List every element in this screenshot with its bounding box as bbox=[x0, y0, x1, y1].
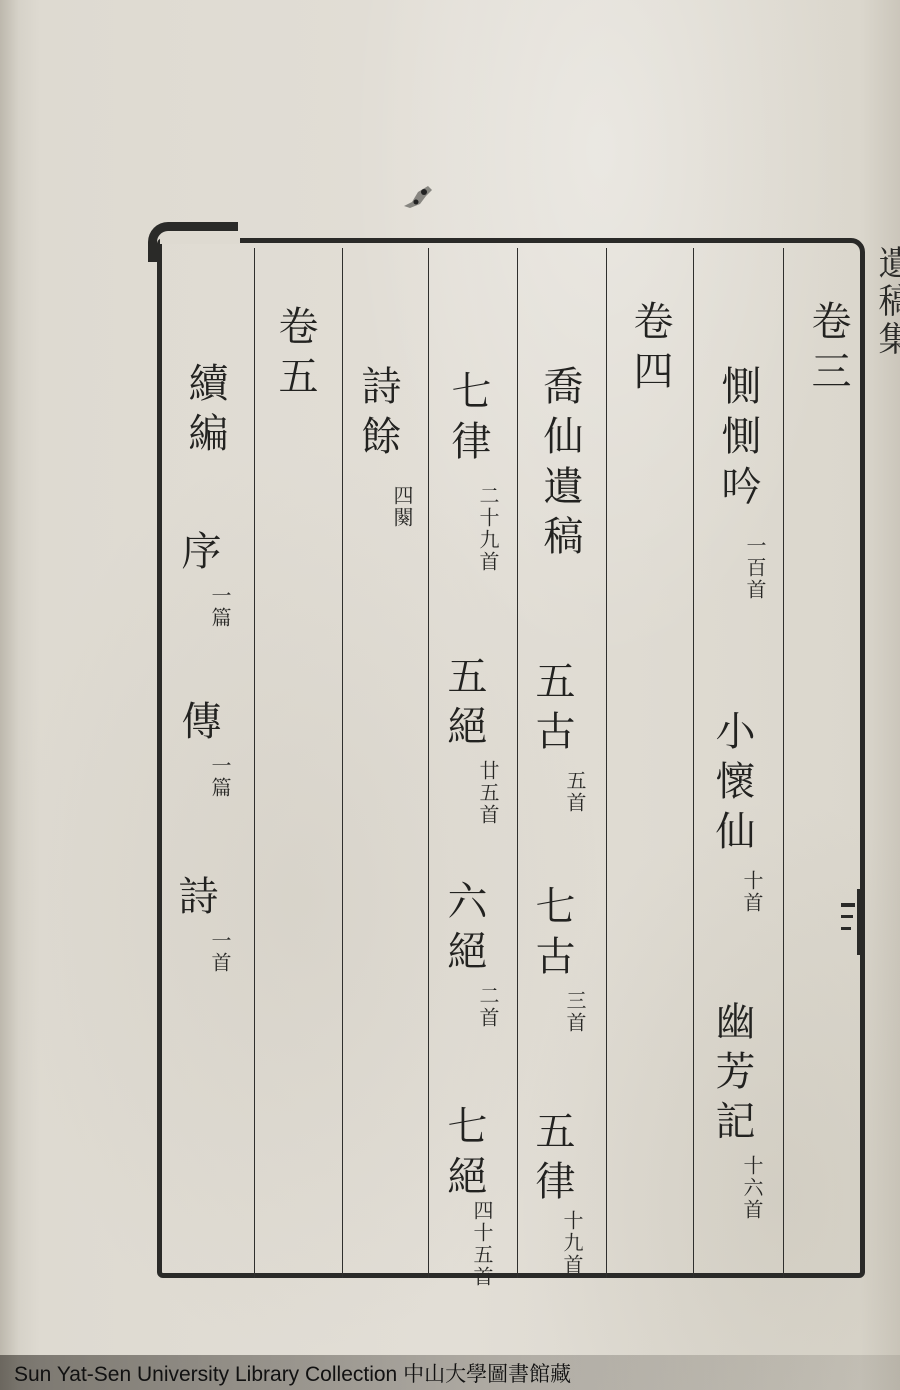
entry-title: 詩 bbox=[175, 875, 215, 925]
entry-title: 五律 bbox=[532, 1110, 572, 1210]
library-credit: Sun Yat-Sen University Library Collectio… bbox=[14, 1358, 571, 1388]
entry-note: 三首 bbox=[565, 990, 585, 1034]
spine-label: 遺稿集 bbox=[868, 245, 900, 359]
entry-note: 一篇 bbox=[210, 585, 230, 629]
ink-blot bbox=[398, 180, 438, 212]
entry-note: 一百首 bbox=[745, 535, 765, 601]
entry-note: 二十九首 bbox=[478, 485, 498, 573]
column-rule bbox=[342, 248, 343, 1278]
entry-title: 序 bbox=[178, 530, 218, 580]
entry-title: 詩餘 bbox=[358, 365, 398, 465]
entry-title: 續編 bbox=[185, 362, 225, 462]
entry-note: 十六首 bbox=[742, 1155, 762, 1221]
entry-title: 七律 bbox=[448, 370, 488, 470]
entry-note: 十首 bbox=[742, 870, 762, 914]
column-rule bbox=[428, 248, 429, 1278]
entry-title: 傳 bbox=[178, 700, 218, 750]
column-rule bbox=[693, 248, 694, 1278]
entry-title: 幽芳記 bbox=[712, 1000, 752, 1150]
page-left-edge bbox=[0, 0, 18, 1390]
entry-title: 七古 bbox=[532, 885, 572, 985]
column-rule bbox=[517, 248, 518, 1278]
column-rule bbox=[254, 248, 255, 1278]
volume-5-heading: 卷五 bbox=[275, 305, 315, 405]
entry-note: 五首 bbox=[565, 770, 585, 814]
volume-4-heading: 卷四 bbox=[630, 300, 670, 400]
entry-title: 七絕 bbox=[444, 1105, 484, 1205]
column-rule bbox=[606, 248, 607, 1278]
entry-title: 喬仙遺稿 bbox=[540, 365, 580, 565]
entry-note: 廿五首 bbox=[478, 760, 498, 826]
column-rule bbox=[783, 248, 784, 1278]
entry-note: 四闋 bbox=[392, 485, 412, 529]
entry-title: 五古 bbox=[532, 660, 572, 760]
entry-note: 一首 bbox=[210, 930, 230, 974]
volume-3-heading: 卷三 bbox=[808, 300, 848, 400]
frame-corner-mark bbox=[148, 222, 238, 262]
entry-title: 小懷仙 bbox=[712, 710, 752, 860]
entry-note: 四十五首 bbox=[472, 1200, 492, 1288]
fold-mark bbox=[835, 885, 867, 955]
entry-note: 二首 bbox=[478, 985, 498, 1029]
entry-note: 一篇 bbox=[210, 755, 230, 799]
entry-title: 惻惻吟 bbox=[718, 365, 758, 515]
entry-title: 六絕 bbox=[444, 880, 484, 980]
entry-title: 五絕 bbox=[444, 655, 484, 755]
entry-note: 十九首 bbox=[562, 1210, 582, 1276]
